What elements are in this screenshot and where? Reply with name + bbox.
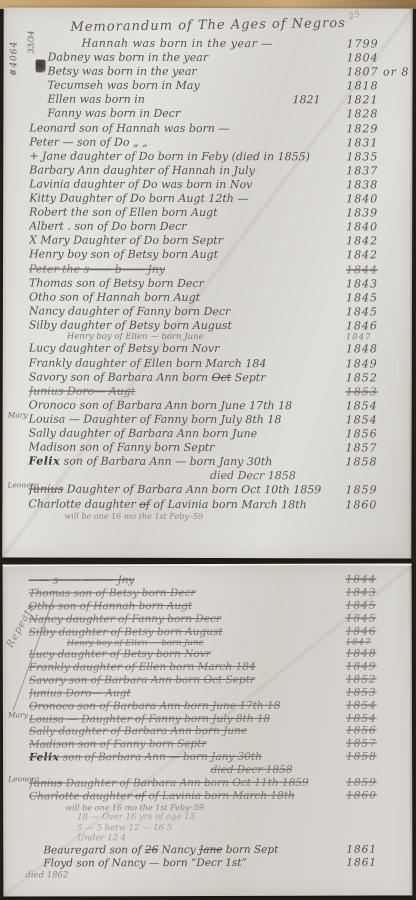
- entry-text: Thomas son of Betsy born Decr: [29, 276, 346, 291]
- register-entry: Lucy daughter of Betsy born Novr1848: [3, 648, 402, 662]
- register-entry: Fanny was born in Decr1828: [3, 107, 402, 122]
- entry-text: died Decr 1858: [211, 764, 293, 777]
- register-entry: Sally daughter of Barbara Ann born June1…: [3, 426, 402, 441]
- entry-year: 1799: [347, 37, 403, 51]
- register-entry: Barbary Ann daughter of Hannah in July18…: [3, 163, 402, 178]
- entry-year: 1831: [346, 136, 402, 150]
- entry-subnote: died Decr 1858: [3, 764, 402, 778]
- entry-year: 1854: [346, 413, 402, 427]
- entry-text: Henry boy son of Betsy born Augt: [29, 248, 346, 263]
- register-entry: Oronoco son of Barbara Ann born June 17t…: [3, 398, 402, 413]
- entry-text: Frankly daughter of Ellen born March 184: [29, 661, 346, 675]
- entry-text: Silby daughter of Betsy born August: [29, 625, 346, 639]
- entry-year: 1852: [346, 371, 402, 385]
- entry-year: 1854: [346, 399, 402, 413]
- register-entry: Peter — son of Do „ „1831: [3, 135, 402, 150]
- entry-text: Junius Doro— Augt: [29, 686, 346, 700]
- register-entry: LeonoraJunius Daughter of Barbara Ann bo…: [2, 483, 401, 498]
- entry-text: Leonard son of Hannah was born —: [29, 121, 346, 136]
- register-entry: + Jane daughter of Do born in Feby (died…: [3, 149, 402, 164]
- death-note: died 1862: [3, 869, 402, 880]
- register-entry: Albert . son of Do born Decr1840: [3, 220, 402, 235]
- register-entry: Madison son of Fanny born Septr1857: [3, 441, 402, 456]
- entry-year: 1861: [346, 856, 402, 869]
- entry-year: 1856: [346, 427, 402, 441]
- entry-year: 1842: [346, 249, 402, 263]
- entry-year: 1854: [346, 712, 402, 725]
- register-entry: Oronoco son of Barbara Ann born June 17t…: [3, 699, 402, 713]
- entry-text: Tecumseh was born in May: [47, 79, 346, 94]
- entry-text: Kitty Daughter of Do born Augt 12th —: [29, 192, 346, 207]
- entry-year: 1852: [346, 673, 402, 686]
- entry-text: will be one 16 mo the 1st Feby–59: [65, 803, 204, 813]
- entry-year: 1859: [346, 777, 402, 790]
- entry-text: + Jane daughter of Do born in Feby (died…: [29, 149, 346, 164]
- entry-text: Savory son of Barbara Ann born Oct Septr: [29, 370, 346, 385]
- entry-text: Lucy daughter of Betsy born Novr: [29, 342, 346, 357]
- register-entry: Silby daughter of Betsy born August1846: [3, 318, 402, 333]
- entry-year: 1854: [346, 699, 402, 712]
- register-entry: X Mary Daughter of Do born Septr1842: [3, 234, 402, 249]
- entry-year: 1828: [346, 108, 402, 122]
- entry-text: Louisa — Daughter of Fanny born July 8th…: [29, 412, 346, 427]
- entry-text: Peter — son of Do „ „: [29, 135, 346, 150]
- overwritten-word: Felix: [29, 752, 59, 764]
- register-entry: Thomas son of Betsy born Decr1843: [3, 276, 402, 291]
- overwritten-word: Felix: [29, 455, 61, 468]
- entry-year: 1840: [346, 192, 402, 206]
- entry-text: Sally daughter of Barbara Ann born June: [29, 427, 346, 442]
- entry-year: 1846: [346, 625, 402, 638]
- register-entry: MaryLouisa — Daughter of Fanny born July…: [3, 412, 402, 427]
- entry-text: Junius Daughter of Barbara Ann born Oct …: [28, 483, 345, 498]
- register-entry: Felix son of Barbara Ann — born Jany 30t…: [3, 455, 402, 470]
- register-entry: Nancy daughter of Fanny born Decr1845: [3, 304, 402, 319]
- entry-text: Madison son of Fanny born Septr: [29, 738, 346, 752]
- register-entry: Peter the s—— b—— Jny1844: [3, 262, 402, 277]
- entry-text: Louisa — Daughter of Fanny born July 8th…: [29, 712, 346, 726]
- entry-text: Otho son of Hannah born Augt: [29, 290, 346, 305]
- register-entry: Lucy daughter of Betsy born Novr1848: [3, 342, 402, 357]
- register-entry: Madison son of Fanny born Septr1857: [3, 738, 402, 752]
- margin-note: Leonora: [8, 774, 39, 787]
- entry-text: Lavinia daughter of Do was born in Nov: [29, 177, 346, 192]
- register-entry: Felix son of Barbara Ann — born Jany 30t…: [3, 751, 402, 765]
- entry-text: will be one 16 mo the 1st Feby–59: [64, 511, 203, 521]
- entry-year: 1838: [346, 178, 402, 192]
- entry-text: Fanny was born in Decr: [47, 107, 346, 122]
- entry-text: Peter the s—— b—— Jny: [29, 262, 346, 277]
- register-entry: Tecumseh was born in May1818: [3, 79, 402, 94]
- entry-year: 1845: [346, 291, 402, 305]
- entry-text: Beauregard son of 26 Nancy Jane born Sep…: [43, 844, 346, 858]
- entry-year: 1857: [346, 441, 402, 455]
- register-entry: Leonard son of Hannah was born —1829: [3, 121, 402, 136]
- entry-year: 1849: [346, 357, 402, 371]
- entry-year: 1860: [346, 789, 402, 802]
- entry-year: 1845: [346, 612, 402, 625]
- entry-year: 1844: [346, 573, 402, 586]
- entry-text: Silby daughter of Betsy born August: [29, 318, 346, 333]
- entry-text: Hannah was born in the year —: [82, 37, 347, 52]
- register-entry: Nancy daughter of Fanny born Decr1845: [3, 612, 402, 626]
- register-entry: Frankly daughter of Ellen born March 184…: [3, 356, 402, 371]
- entry-text: died 1862: [25, 869, 402, 880]
- margin-note: Leonora: [7, 479, 38, 493]
- entry-text: X Mary Daughter of Do born Septr: [29, 234, 346, 249]
- entry-year: 1845: [346, 305, 402, 319]
- register-entry: Ellen was born in18211821: [3, 93, 402, 108]
- entry-year: 1844: [346, 263, 402, 277]
- register-page-2: Repeats —— s—— ——— Jny1844Thomas son of …: [3, 563, 413, 896]
- register-entry: Otho son of Hannah born Augt1845: [3, 599, 402, 613]
- struck-word: —— s—— ——— Jny: [29, 574, 135, 586]
- struck-word: Junius Doro— Augt: [29, 384, 136, 397]
- entry-text: died Decr 1858: [210, 469, 296, 483]
- entry-year: 1848: [346, 343, 402, 357]
- entry-year: 1849: [346, 660, 402, 673]
- register-entry: Henry boy son of Betsy born Augt1842: [3, 248, 402, 263]
- entry-text: Otho son of Hannah born Augt: [29, 599, 346, 613]
- register-page-1: #4064 33/34 25 Memorandum of The Ages of…: [2, 7, 412, 558]
- entry-year: 1818: [346, 80, 402, 94]
- struck-word: Jane: [199, 844, 222, 856]
- struck-word: of: [139, 497, 150, 510]
- entry-text: Betsy was born in the year: [48, 65, 347, 80]
- entry-text: Charlotte daughter of of Lavinia born Ma…: [29, 790, 346, 804]
- entry-year: 1845: [346, 599, 402, 612]
- entry-year: 1840: [346, 221, 402, 235]
- register-entry: —— s—— ——— Jny1844: [3, 573, 402, 587]
- register-entry: Frankly daughter of Ellen born March 184…: [3, 660, 402, 674]
- entry-text: Felix son of Barbara Ann — born Jany 30t…: [29, 455, 346, 470]
- entry-text: Nancy daughter of Fanny born Decr: [29, 304, 346, 319]
- register-entry: Otho son of Hannah born Augt1845: [3, 290, 402, 305]
- entry-year: 1856: [346, 725, 402, 738]
- register-entry: LeonoraJunius Daughter of Barbara Ann bo…: [3, 777, 402, 791]
- register-entry: Hannah was born in the year —1799: [4, 36, 403, 51]
- register-entry: Thomas son of Betsy born Decr1843: [3, 586, 402, 600]
- entry-text: Junius Daughter of Barbara Ann born Oct …: [29, 777, 346, 791]
- struck-word: Oct: [203, 674, 222, 686]
- margin-note: Mary: [8, 709, 28, 722]
- entry-text: Albert . son of Do born Decr: [29, 220, 346, 235]
- entry-text: Sally daughter of Barbara Ann born June: [29, 725, 346, 739]
- entry-text: Oronoco son of Barbara Ann born June 17t…: [29, 699, 346, 713]
- entry-text: Charlotte daughter of of Lavinia born Ma…: [28, 497, 345, 512]
- entry-year: 1839: [346, 206, 402, 220]
- register-entry: Silby daughter of Betsy born August1846: [3, 625, 402, 639]
- entry-year: 1847: [346, 333, 402, 343]
- entry-text: Dabney was born in the year: [48, 51, 347, 66]
- struck-word: of: [135, 790, 145, 802]
- entry-subnote: died Decr 1858: [2, 469, 401, 484]
- entry-text: Junius Doro— Augt: [29, 384, 346, 399]
- entry-subnote: will be one 16 mo the 1st Feby–59: [2, 511, 401, 522]
- margin-note: Mary: [8, 408, 28, 422]
- struck-word: 1844: [346, 574, 377, 586]
- register-entry: Betsy was born in the year1807 or 8: [4, 65, 403, 80]
- entry-year: 1848: [346, 648, 402, 661]
- entry-text: Nancy daughter of Fanny born Decr: [29, 612, 346, 626]
- entry-year: 1853: [346, 385, 402, 399]
- entry-year: 1846: [346, 319, 402, 333]
- entry-year: 1804: [347, 51, 403, 65]
- register-entry: Kitty Daughter of Do born Augt 12th —184…: [3, 191, 402, 206]
- register-entry: Dabney was born in the year1804: [4, 51, 403, 66]
- entry-text: Frankly daughter of Ellen born March 184: [29, 356, 346, 371]
- register-entry: Sally daughter of Barbara Ann born June1…: [3, 725, 402, 739]
- entry-year: 1853: [346, 686, 402, 699]
- entry-year: 1859: [345, 484, 401, 498]
- struck-word: 1853: [346, 385, 378, 398]
- entry-text: Floyd son of Nancy — born “Decr 1st”: [43, 856, 346, 870]
- register-entry: Savory son of Barbara Ann born Oct Septr…: [3, 673, 402, 687]
- entry-text: Ellen was born in: [47, 93, 292, 108]
- entry-year: 1842: [346, 235, 402, 249]
- entry-year: 1847: [346, 638, 402, 648]
- register-entry: Lavinia daughter of Do was born in Nov18…: [3, 177, 402, 192]
- register-entry: Charlotte daughter of of Lavinia born Ma…: [3, 789, 402, 803]
- entry-year: 1858: [346, 456, 402, 470]
- entry-text: Robert the son of Ellen born Augt: [29, 206, 346, 221]
- entry-text: Barbary Ann daughter of Hannah in July: [29, 163, 346, 178]
- entry-year: 1821: [346, 94, 402, 108]
- entry-year: 1837: [346, 164, 402, 178]
- register-entry: Beauregard son of 26 Nancy Jane born Sep…: [3, 843, 402, 857]
- register-entry: MaryLouisa — Daughter of Fanny born July…: [3, 712, 402, 726]
- entry-year: 1861: [346, 843, 402, 856]
- entry-year: 1858: [346, 751, 402, 764]
- register-entries-page-1: Hannah was born in the year —1799Dabney …: [2, 36, 412, 521]
- register-entry: Junius Doro— Augt1853: [3, 384, 402, 399]
- register-entry: Robert the son of Ellen born Augt1839: [3, 206, 402, 221]
- entry-text: Oronoco son of Barbara Ann born June 17t…: [29, 398, 346, 413]
- entry-year: 1843: [346, 586, 402, 599]
- entry-text: Lucy daughter of Betsy born Novr: [29, 648, 346, 662]
- entry-year: 1857: [346, 738, 402, 751]
- struck-word: Oct: [212, 371, 232, 384]
- document-title: Memorandum of The Ages of Negros: [4, 15, 413, 36]
- struck-word: 26: [145, 844, 158, 856]
- register-entries-page-2: —— s—— ——— Jny1844Thomas son of Betsy bo…: [3, 565, 413, 880]
- entry-text: —— s—— ——— Jny: [29, 574, 346, 588]
- entry-year: 1807 or 8: [347, 66, 403, 80]
- entry-text: Felix son of Barbara Ann — born Jany 30t…: [29, 751, 346, 765]
- register-entry: Savory son of Barbara Ann born Oct Septr…: [3, 370, 402, 385]
- entry-text: Savory son of Barbara Ann born Oct Septr: [29, 673, 346, 687]
- struck-word: 1844: [346, 263, 378, 276]
- register-entry: Junius Doro— Augt1853: [3, 686, 402, 700]
- entry-year: 1829: [346, 122, 402, 136]
- entry-year: 1835: [346, 150, 402, 164]
- register-entry: Floyd son of Nancy — born “Decr 1st”1861: [3, 856, 402, 870]
- entry-text: Thomas son of Betsy born Decr: [29, 587, 346, 601]
- entry-year: 1860: [345, 498, 401, 512]
- entry-text: Madison son of Fanny born Septr: [29, 441, 346, 456]
- struck-word: Peter the s—— b—— Jny: [29, 262, 165, 275]
- register-entry: Charlotte daughter of of Lavinia born Ma…: [2, 497, 401, 512]
- entry-year: 1843: [346, 277, 402, 291]
- entry-mid-year: 1821: [292, 94, 320, 108]
